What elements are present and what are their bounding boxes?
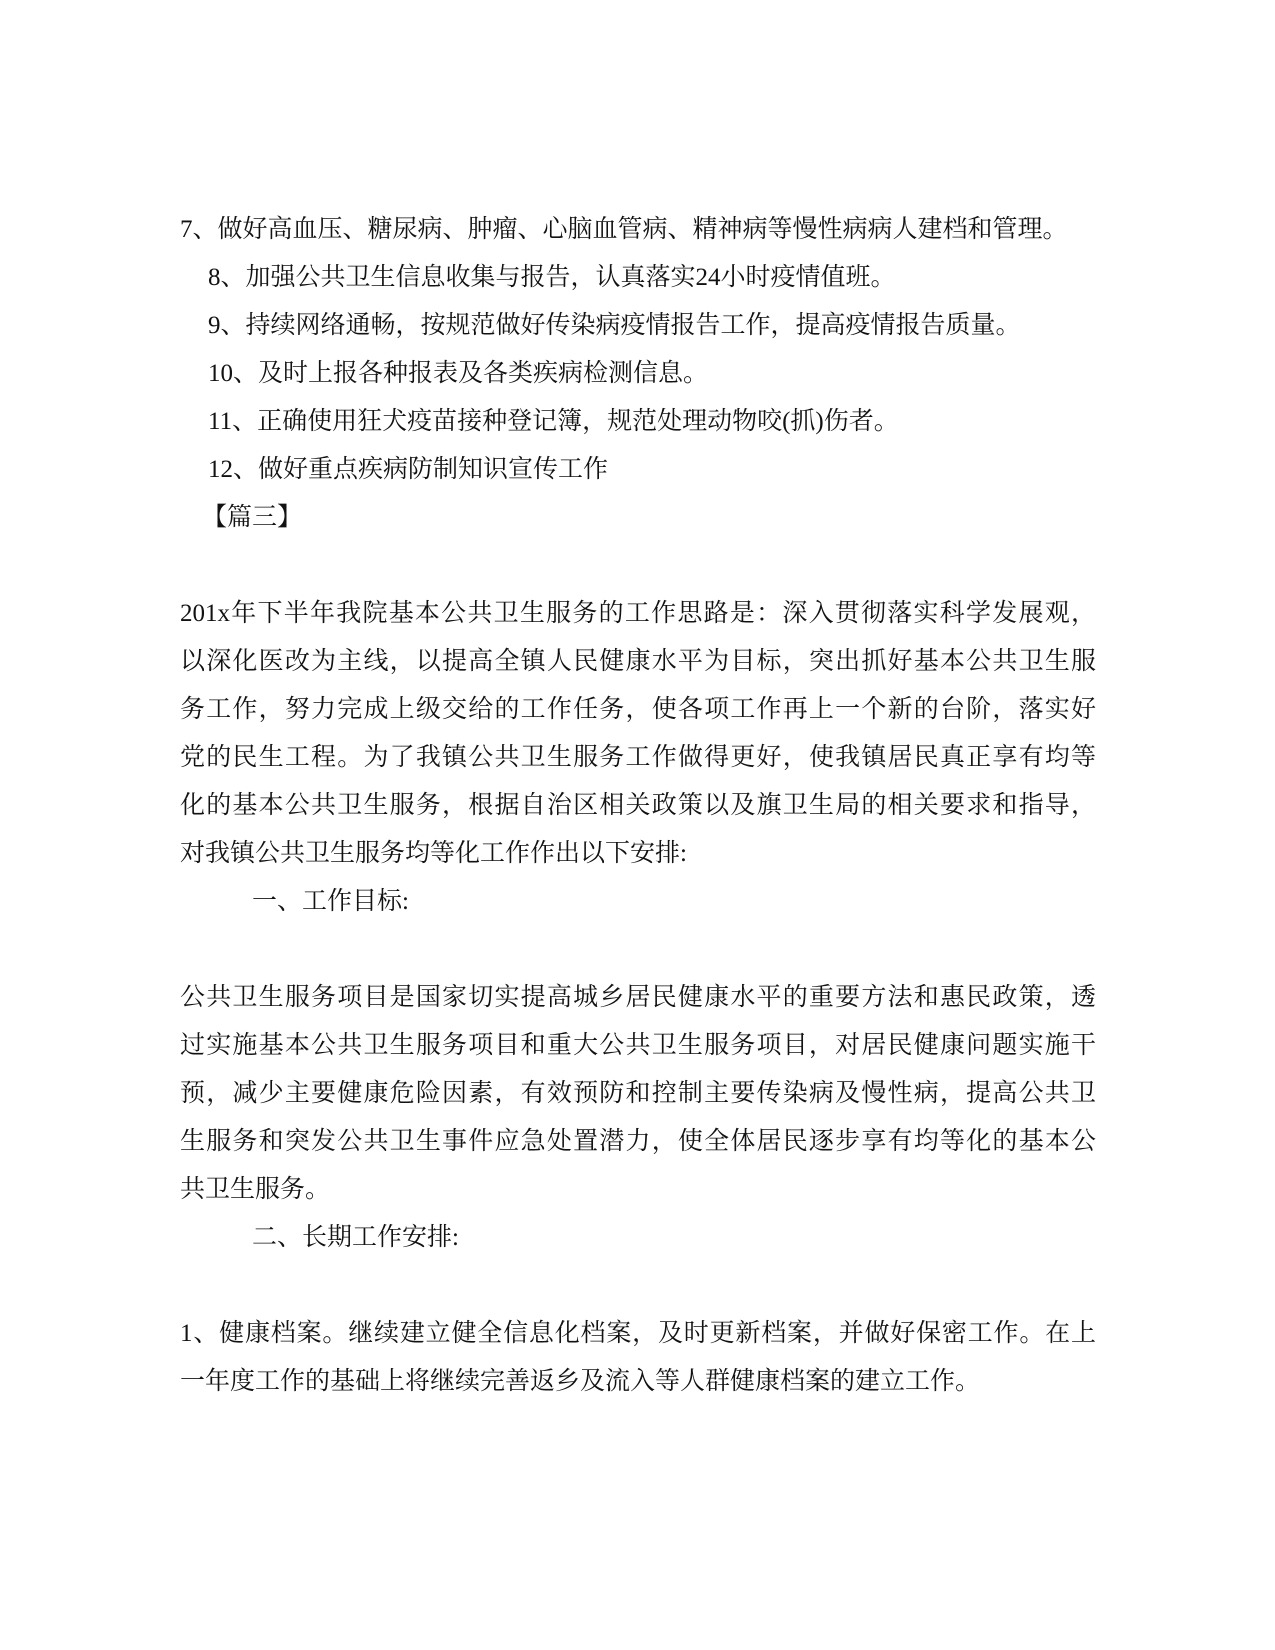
paragraph-intro-line-5: 化的基本公共卫生服务，根据自治区相关政策以及旗卫生局的相关要求和指导， bbox=[180, 782, 1096, 830]
paragraph-goals-line-5: 共卫生服务。 bbox=[180, 1166, 1096, 1214]
paragraph-intro-line-3: 务工作，努力完成上级交给的工作任务，使各项工作再上一个新的台阶，落实好 bbox=[180, 686, 1096, 734]
paragraph-goals-line-2: 过实施基本公共卫生服务项目和重大公共卫生服务项目，对居民健康问题实施干 bbox=[180, 1022, 1096, 1070]
paragraph-intro-line-6: 对我镇公共卫生服务均等化工作作出以下安排: bbox=[180, 830, 1096, 878]
paragraph-goals-line-4: 生服务和突发公共卫生事件应急处置潜力，使全体居民逐步享有均等化的基本公 bbox=[180, 1118, 1096, 1166]
heading-work-goals: 一、工作目标: bbox=[180, 878, 1096, 926]
list-item-11: 11、正确使用狂犬疫苗接种登记簿，规范处理动物咬(抓)伤者。 bbox=[180, 398, 1096, 446]
blank-line bbox=[180, 926, 1096, 974]
paragraph-intro-line-4: 党的民生工程。为了我镇公共卫生服务工作做得更好，使我镇居民真正享有均等 bbox=[180, 734, 1096, 782]
paragraph-intro-line-1: 201x年下半年我院基本公共卫生服务的工作思路是：深入贯彻落实科学发展观， bbox=[180, 590, 1096, 638]
heading-longterm-arrangement: 二、长期工作安排: bbox=[180, 1214, 1096, 1262]
paragraph-goals-line-1: 公共卫生服务项目是国家切实提高城乡居民健康水平的重要方法和惠民政策，透 bbox=[180, 974, 1096, 1022]
paragraph-archive-line-2: 一年度工作的基础上将继续完善返乡及流入等人群健康档案的建立工作。 bbox=[180, 1358, 1096, 1406]
list-item-8: 8、加强公共卫生信息收集与报告，认真落实24小时疫情值班。 bbox=[180, 254, 1096, 302]
list-item-12: 12、做好重点疾病防制知识宣传工作 bbox=[180, 446, 1096, 494]
paragraph-goals-line-3: 预，减少主要健康危险因素，有效预防和控制主要传染病及慢性病，提高公共卫 bbox=[180, 1070, 1096, 1118]
document-text-block: 7、做好高血压、糖尿病、肿瘤、心脑血管病、精神病等慢性病病人建档和管理。 8、加… bbox=[180, 206, 1096, 1406]
document-page: 7、做好高血压、糖尿病、肿瘤、心脑血管病、精神病等慢性病病人建档和管理。 8、加… bbox=[0, 0, 1275, 1650]
section-marker-pian-3: 【篇三】 bbox=[180, 494, 1096, 542]
list-item-10: 10、及时上报各种报表及各类疾病检测信息。 bbox=[180, 350, 1096, 398]
paragraph-archive-line-1: 1、健康档案。继续建立健全信息化档案，及时更新档案，并做好保密工作。在上 bbox=[180, 1310, 1096, 1358]
list-item-7: 7、做好高血压、糖尿病、肿瘤、心脑血管病、精神病等慢性病病人建档和管理。 bbox=[180, 206, 1096, 254]
list-item-9: 9、持续网络通畅，按规范做好传染病疫情报告工作，提高疫情报告质量。 bbox=[180, 302, 1096, 350]
blank-line bbox=[180, 1262, 1096, 1310]
blank-line bbox=[180, 542, 1096, 590]
paragraph-intro-line-2: 以深化医改为主线，以提高全镇人民健康水平为目标，突出抓好基本公共卫生服 bbox=[180, 638, 1096, 686]
